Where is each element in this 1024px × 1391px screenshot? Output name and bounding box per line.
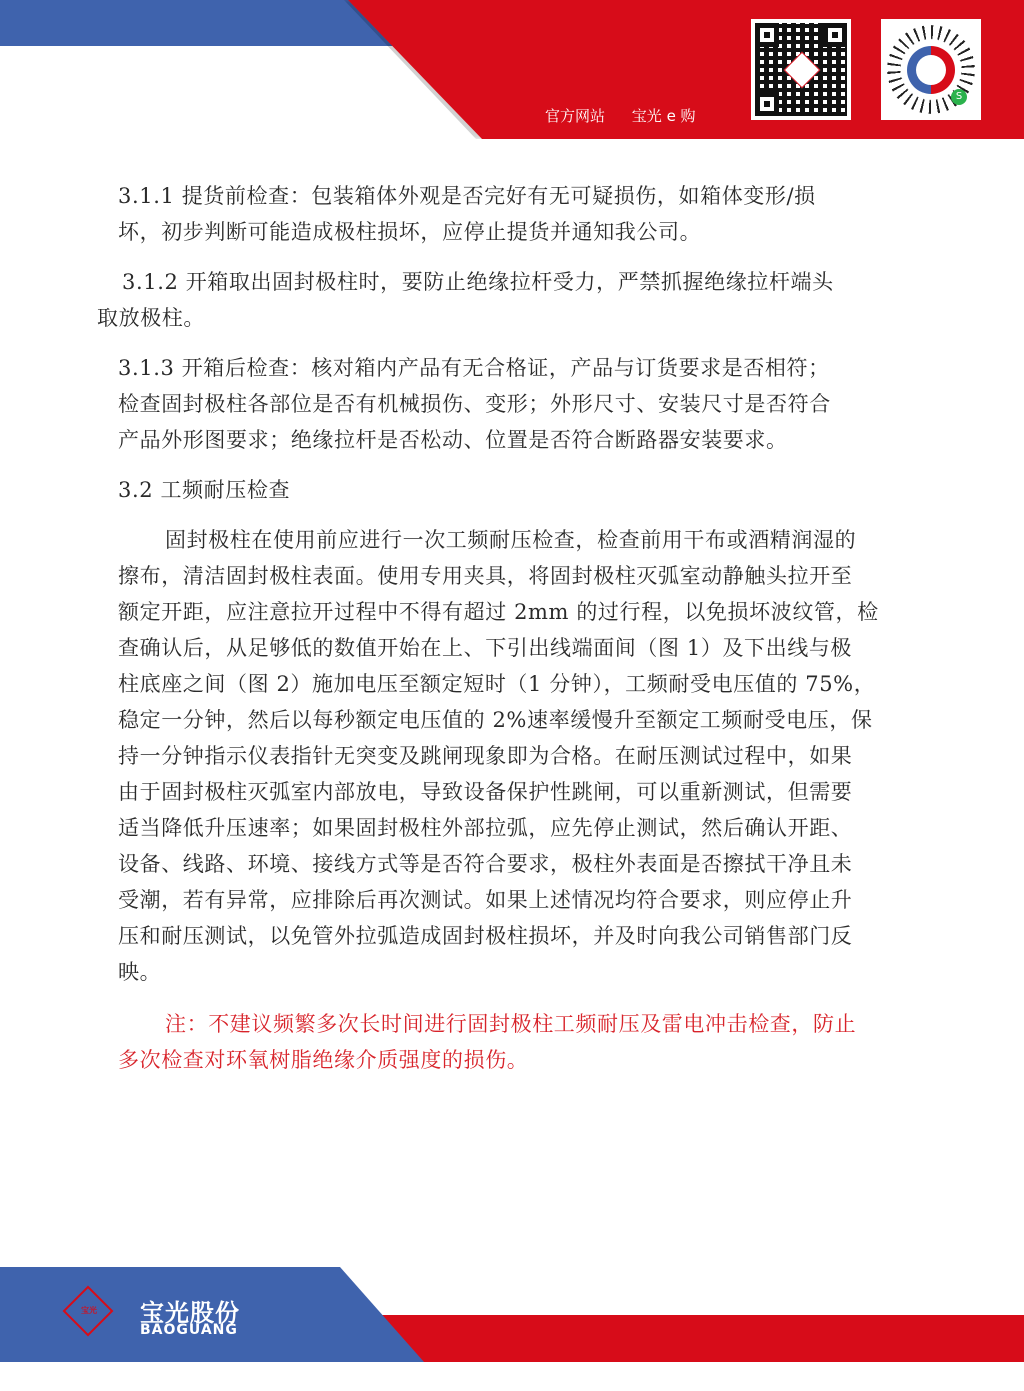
footer-red-band [380,1315,1024,1362]
official-website-link[interactable]: 官方网站 [545,107,605,125]
qr-finder-icon [823,23,847,47]
paragraph-line: 压和耐压测试，以免管外拉弧造成固封极柱损坏，并及时向我公司销售部门反 [118,922,852,950]
mini-program-qr-code[interactable]: S [881,19,981,120]
section-3-1-3-line-1: 3.1.3 开箱后检查：核对箱内产品有无合格证，产品与订货要求是否相符； [118,354,830,382]
paragraph-line: 设备、线路、环境、接线方式等是否符合要求，极柱外表面是否擦拭干净且未 [118,850,852,878]
paragraph-line: 受潮，若有异常，应排除后再次测试。如果上述情况均符合要求，则应停止升 [118,886,852,914]
section-3-2-heading: 3.2 工频耐压检查 [118,476,290,504]
section-3-1-1-line-2: 坏，初步判断可能造成极柱损坏，应停止提货并通知我公司。 [118,218,701,246]
warning-note-line-1: 注：不建议频繁多次长时间进行固封极柱工频耐压及雷电冲击检查，防止 [165,1010,856,1038]
paragraph-line: 额定开距，应注意拉开过程中不得有超过 2mm 的过行程，以免损坏波纹管，检 [118,598,879,626]
qr-pattern [755,23,847,116]
header-links: 官方网站 宝光 e 购 [545,105,718,126]
section-3-1-2-line-1: 3.1.2 开箱取出固封极柱时，要防止绝缘拉杆受力，严禁抓握绝缘拉杆端头 [122,268,834,296]
paragraph-line: 映。 [118,958,161,986]
official-website-qr-code[interactable] [751,19,851,120]
paragraph-line: 适当降低升压速率；如果固封极柱外部拉弧，应先停止测试，然后确认开距、 [118,814,852,842]
company-name-en: BAOGUANG [140,1322,238,1338]
paragraph-line: 持一分钟指示仪表指针无突变及跳闸现象即为合格。在耐压测试过程中，如果 [118,742,852,770]
wechat-mini-program-icon: S [951,89,967,105]
section-3-1-3-line-3: 产品外形图要求；绝缘拉杆是否松动、位置是否符合断路器安装要求。 [118,426,788,454]
baoguang-eshop-link[interactable]: 宝光 e 购 [632,107,696,125]
section-3-1-1-line-1: 3.1.1 提货前检查：包装箱体外观是否完好有无可疑损伤，如箱体变形/损 [118,182,816,210]
logo-mark-text: 宝光 [75,1305,103,1316]
warning-note-line-2: 多次检查对环氧树脂绝缘介质强度的损伤。 [118,1046,528,1074]
company-logo-icon [784,52,821,89]
company-c-logo-icon [907,46,955,94]
paragraph-line: 擦布，清洁固封极柱表面。使用专用夹具，将固封极柱灭弧室动静触头拉开至 [118,562,852,590]
section-3-1-3-line-2: 检查固封极柱各部位是否有机械损伤、变形；外形尺寸、安装尺寸是否符合 [118,390,831,418]
paragraph-line: 柱底座之间（图 2）施加电压至额定短时（1 分钟），工频耐受电压值的 75%， [118,670,875,698]
paragraph-line: 查确认后，从足够低的数值开始在上、下引出线端面间（图 1）及下出线与极 [118,634,852,662]
section-3-1-2-line-2: 取放极柱。 [97,304,205,332]
paragraph-line: 由于固封极柱灭弧室内部放电，导致设备保护性跳闸，可以重新测试，但需要 [118,778,852,806]
qr-finder-icon [755,23,779,47]
qr-finder-icon [755,92,779,116]
paragraph-line: 稳定一分钟，然后以每秒额定电压值的 2%速率缓慢升至额定工频耐受电压，保 [118,706,873,734]
paragraph-line: 固封极柱在使用前应进行一次工频耐压检查，检查前用干布或酒精润湿的 [165,526,856,554]
